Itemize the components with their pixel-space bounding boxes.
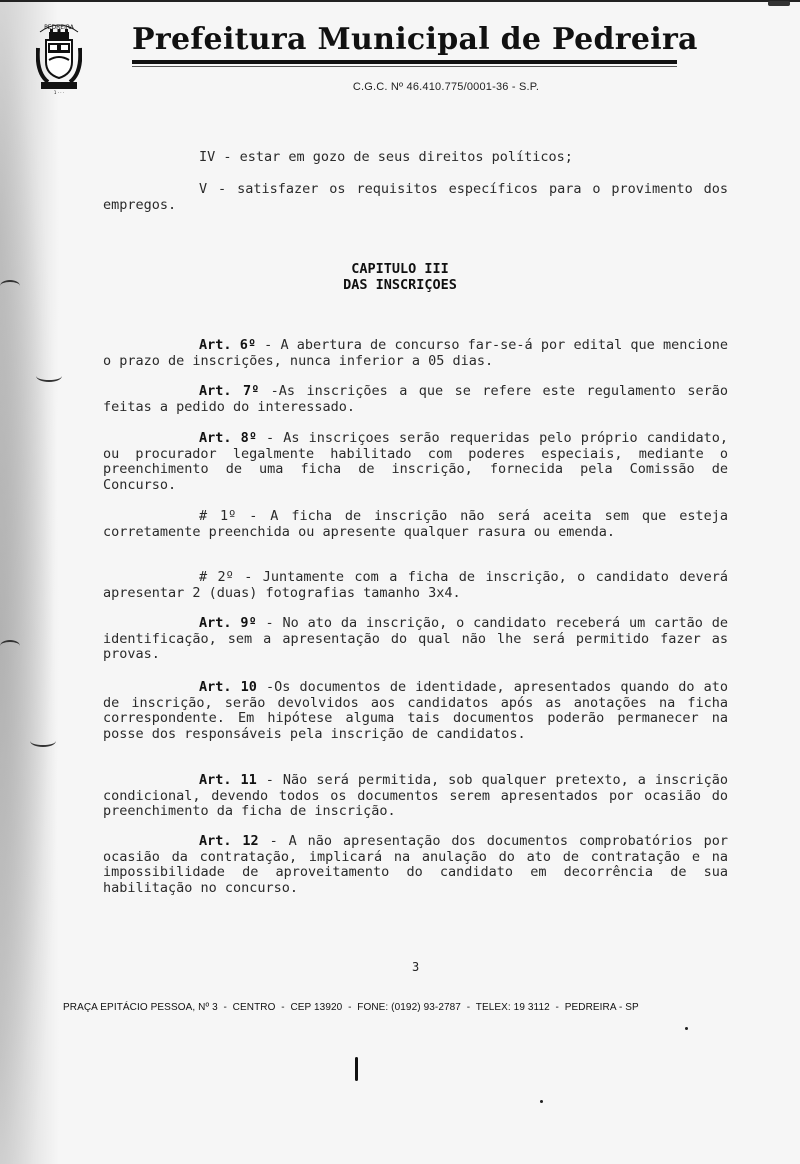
- inciso-iv: IV - estar em gozo de seus direitos polí…: [103, 150, 728, 166]
- scan-corner-mark: [768, 1, 790, 6]
- article-8-paragraph-1: # 1º - A ficha de inscrição não será ace…: [103, 509, 728, 540]
- inciso-v: V - satisfazer os requisitos específicos…: [103, 182, 728, 213]
- article-10: Art. 10 -Os documentos de identidade, ap…: [103, 680, 728, 742]
- scan-speck: [540, 1100, 543, 1103]
- scan-top-border: [0, 0, 800, 2]
- scan-ink-mark: [355, 1057, 358, 1081]
- scan-shadow-edge: [0, 0, 60, 1164]
- binder-hole-mark: [0, 640, 20, 652]
- article-11: Art. 11 - Não será permitida, sob qualqu…: [103, 773, 728, 820]
- letterhead-rule: [132, 60, 677, 64]
- scan-speck: [685, 1027, 688, 1030]
- article-8: Art. 8º - As inscriçoes serão requeridas…: [103, 431, 728, 493]
- letterhead-cgc: C.G.C. Nº 46.410.775/0001-36 - S.P.: [0, 81, 800, 93]
- binder-hole-mark: [36, 370, 62, 382]
- article-7: Art. 7º -As inscrições a que se refere e…: [103, 384, 728, 415]
- letterhead-footer-address: PRAÇA EPITÁCIO PESSOA, Nº 3 - CENTRO - C…: [63, 1002, 639, 1013]
- chapter-number: CAPITULO III: [0, 261, 800, 278]
- binder-hole-mark: [30, 735, 56, 747]
- page-number: 3: [412, 960, 419, 974]
- letterhead-rule-thin: [132, 66, 677, 67]
- chapter-title: DAS INSCRIÇOES: [0, 277, 800, 294]
- article-12: Art. 12 - A não apresentação dos documen…: [103, 834, 728, 896]
- letterhead-title: Prefeitura Municipal de Pedreira: [132, 22, 698, 57]
- article-9: Art. 9º - No ato da inscrição, o candida…: [103, 616, 728, 663]
- article-8-paragraph-2: # 2º - Juntamente com a ficha de inscriç…: [103, 570, 728, 601]
- article-6: Art. 6º - A abertura de concurso far-se-…: [103, 338, 728, 369]
